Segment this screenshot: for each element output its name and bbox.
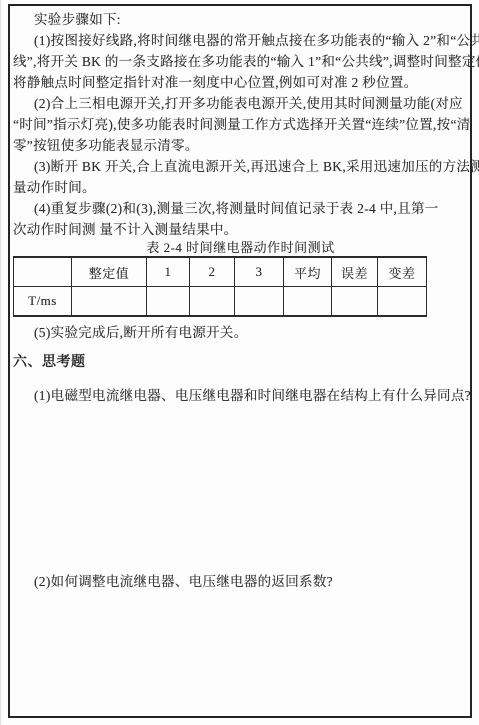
row-label-cell: T/ms xyxy=(14,287,72,317)
header-cell-blank xyxy=(14,257,72,287)
step1-line1: (1)按图接好线路,将时间继电器的常开触点接在多功能表的“输入 2”和“公共 xyxy=(13,30,468,51)
measurement-table: 整定值 1 2 3 平均 误差 变差 T/ms xyxy=(13,256,427,317)
table-caption: 表 2-4 时间继电器动作时间测试 xyxy=(13,240,468,256)
header-cell-trial3: 3 xyxy=(235,257,284,287)
document-content: 实验步骤如下: (1)按图接好线路,将时间继电器的常开触点接在多功能表的“输入 … xyxy=(10,6,470,592)
header-cell-trial2: 2 xyxy=(190,257,235,287)
empty-cell xyxy=(147,287,190,317)
step4-line2: 次动作时间测 量不计入测量结果中。 xyxy=(13,219,468,240)
step5-line: (5)实验完成后,断开所有电源开关。 xyxy=(13,322,468,343)
empty-cell xyxy=(235,287,284,317)
intro-line: 实验步骤如下: xyxy=(13,9,468,30)
step3-line1: (3)断开 BK 开关,合上直流电源开关,再迅速合上 BK,采用迅速加压的方法测 xyxy=(13,156,468,177)
question-1: (1)电磁型电流继电器、电压继电器和时间继电器在结构上有什么异同点? xyxy=(13,385,468,406)
header-cell-average: 平均 xyxy=(284,257,332,287)
step4-line1: (4)重复步骤(2)和(3),测量三次,将测量时间值记录于表 2-4 中,且第一 xyxy=(13,198,468,219)
scan-edge-artifact xyxy=(0,0,2,725)
empty-cell xyxy=(284,287,332,317)
empty-cell xyxy=(72,287,147,317)
question-2: (2)如何调整电流继电器、电压继电器的返回系数? xyxy=(13,571,468,592)
step1-line3: 将静触点时间整定指针对准一刻度中心位置,例如可对准 2 秒位置。 xyxy=(13,72,468,93)
table-data-row: T/ms xyxy=(14,287,427,317)
header-cell-trial1: 1 xyxy=(147,257,190,287)
header-cell-error: 误差 xyxy=(332,257,378,287)
empty-cell xyxy=(190,287,235,317)
empty-cell xyxy=(332,287,378,317)
table-header-row: 整定值 1 2 3 平均 误差 变差 xyxy=(14,257,427,287)
step2-line2: “时间”指示灯亮),使多功能表时间测量工作方式选择开关置“连续”位置,按“清 xyxy=(13,114,468,135)
step1-line2: 线”,将开关 BK 的一条支路接在多功能表的“输入 1”和“公共线”,调整时间整… xyxy=(13,51,468,72)
step2-line3: 零”按钮使多功能表显示清零。 xyxy=(13,135,468,156)
section6-heading: 六、思考题 xyxy=(13,352,468,373)
header-cell-variation: 变差 xyxy=(378,257,427,287)
empty-cell xyxy=(378,287,427,317)
step3-line2: 量动作时间。 xyxy=(13,177,468,198)
document-page-frame: 实验步骤如下: (1)按图接好线路,将时间继电器的常开触点接在多功能表的“输入 … xyxy=(8,4,472,718)
step2-line1: (2)合上三相电源开关,打开多功能表电源开关,使用其时间测量功能(对应 xyxy=(13,93,468,114)
header-cell-setvalue: 整定值 xyxy=(72,257,147,287)
